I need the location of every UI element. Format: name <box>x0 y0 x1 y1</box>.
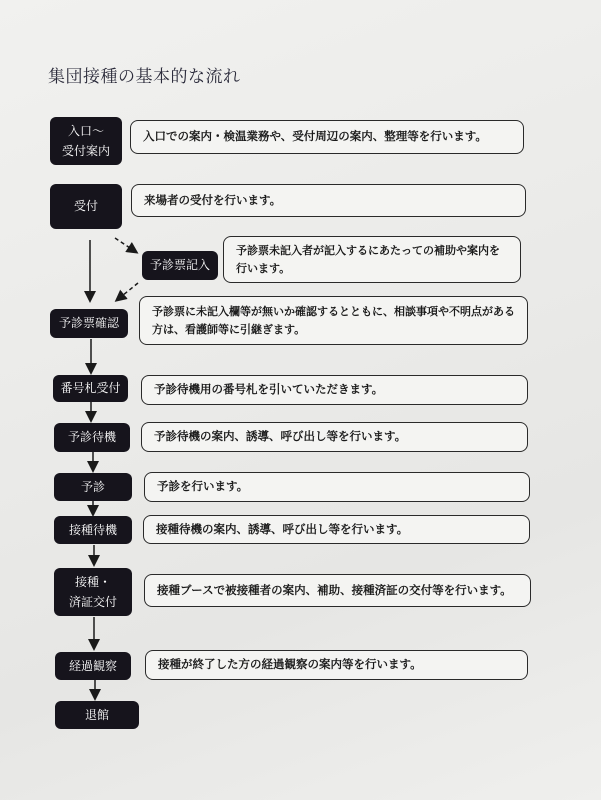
step-vaccination-certificate: 接種・ 済証交付 <box>54 568 132 616</box>
desc-pre-exam-waiting: 予診待機の案内、誘導、呼び出し等を行います。 <box>141 422 528 452</box>
desc-reception: 来場者の受付を行います。 <box>131 184 526 217</box>
step-observation: 経過観察 <box>55 652 131 680</box>
desc-questionnaire-check: 予診票に未記入欄等が無いか確認するとともに、相談事項や不明点がある 方は、看護師… <box>139 296 528 345</box>
step-exit: 退館 <box>55 701 139 729</box>
desc-observation: 接種が終了した方の経過観察の案内等を行います。 <box>145 650 528 680</box>
desc-number-ticket: 予診待機用の番号札を引いていただきます。 <box>141 375 528 405</box>
desc-vaccination-certificate: 接種ブースで被接種者の案内、補助、接種済証の交付等を行います。 <box>144 574 531 607</box>
desc-vaccination-waiting: 接種待機の案内、誘導、呼び出し等を行います。 <box>143 515 530 544</box>
step-vaccination-waiting: 接種待機 <box>54 516 132 544</box>
desc-questionnaire-fill: 予診票未記入者が記入するにあたっての補助や案内を 行います。 <box>223 236 521 283</box>
step-number-ticket: 番号札受付 <box>53 375 128 402</box>
step-questionnaire-fill: 予診票記入 <box>142 251 218 280</box>
step-entrance-guidance: 入口〜 受付案内 <box>50 117 122 165</box>
desc-pre-exam: 予診を行います。 <box>144 472 530 502</box>
step-reception: 受付 <box>50 184 122 229</box>
step-questionnaire-check: 予診票確認 <box>50 309 128 338</box>
step-pre-exam: 予診 <box>54 473 132 501</box>
step-pre-exam-waiting: 予診待機 <box>54 423 130 452</box>
desc-entrance-guidance: 入口での案内・検温業務や、受付周辺の案内、整理等を行います。 <box>130 120 524 154</box>
step-label-line1: 入口〜 <box>68 121 104 141</box>
step-label-line2: 受付案内 <box>62 141 110 161</box>
